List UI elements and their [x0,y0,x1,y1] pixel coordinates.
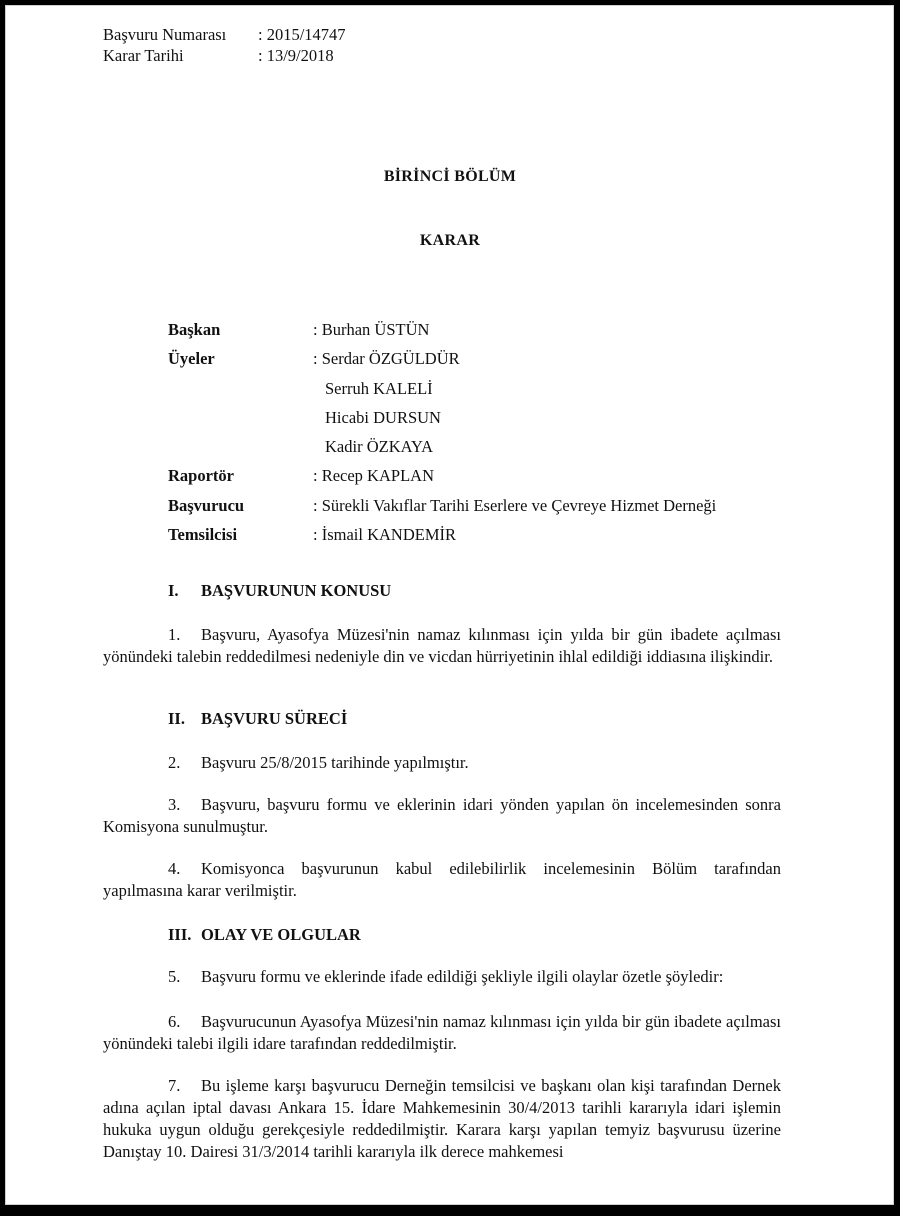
paragraph: 1.Başvuru, Ayasofya Müzesi'nin namaz kıl… [103,624,781,668]
paragraph-text: Başvuru formu ve eklerinde ifade edildiğ… [201,967,723,986]
applicant-name: : Sürekli Vakıflar Tarihi Eserlere ve Çe… [313,491,716,520]
paragraph-text: Başvuru, Ayasofya Müzesi'nin namaz kılın… [103,625,781,666]
rapporteur-label: Raportör [168,461,313,490]
paragraph-number: 1. [168,624,201,646]
paragraph-text: Bu işleme karşı başvurucu Derneğin temsi… [103,1076,781,1161]
rapporteur-name: : Recep KAPLAN [313,461,434,490]
paragraph: 7.Bu işleme karşı başvurucu Derneğin tem… [103,1075,781,1163]
decision-date-value: : 13/9/2018 [258,45,334,66]
paragraph: 3.Başvuru, başvuru formu ve eklerinin id… [103,794,781,838]
paragraph-number: 6. [168,1011,201,1033]
member-name: Serruh KALELİ [313,374,433,403]
chamber-title: BİRİNCİ BÖLÜM [0,168,900,186]
paragraph-number: 3. [168,794,201,816]
paragraph-text: Başvuru, başvuru formu ve eklerinin idar… [103,795,781,836]
rapporteur-row: Raportör : Recep KAPLAN [168,461,716,490]
paragraph-number: 4. [168,858,201,880]
document-page: Başvuru Numarası : 2015/14747 Karar Tari… [0,0,900,1216]
paragraph: 4.Komisyonca başvurunun kabul edilebilir… [103,858,781,902]
paragraph: 5.Başvuru formu ve eklerinde ifade edild… [103,966,781,988]
application-number-row: Başvuru Numarası : 2015/14747 [103,24,346,45]
paragraph-text: Başvuru 25/8/2015 tarihinde yapılmıştır. [201,753,469,772]
applicant-label: Başvurucu [168,491,313,520]
member-name: Hicabi DURSUN [313,403,441,432]
members-row: Hicabi DURSUN [168,403,716,432]
section-title: BAŞVURUNUN KONUSU [201,581,391,600]
applicant-row: Başvurucu : Sürekli Vakıflar Tarihi Eser… [168,491,716,520]
judicial-panel: Başkan : Burhan ÜSTÜN Üyeler : Serdar ÖZ… [168,315,716,549]
application-number-label: Başvuru Numarası [103,24,258,45]
paragraph-number: 5. [168,966,201,988]
paragraph-number: 7. [168,1075,201,1097]
paragraph: 6.Başvurucunun Ayasofya Müzesi'nin namaz… [103,1011,781,1055]
decision-date-row: Karar Tarihi : 13/9/2018 [103,45,346,66]
members-label: Üyeler [168,344,313,373]
members-row: Serruh KALELİ [168,374,716,403]
section-heading: I.BAŞVURUNUN KONUSU [168,581,391,601]
case-metadata: Başvuru Numarası : 2015/14747 Karar Tari… [103,24,346,66]
section-title: BAŞVURU SÜRECİ [201,709,347,728]
member-name: : Serdar ÖZGÜLDÜR [313,344,460,373]
section-heading: II.BAŞVURU SÜRECİ [168,709,347,729]
document-title: KARAR [0,232,900,250]
paragraph-text: Komisyonca başvurunun kabul edilebilirli… [103,859,781,900]
section-title: OLAY VE OLGULAR [201,925,361,944]
members-row: Kadir ÖZKAYA [168,432,716,461]
representative-row: Temsilcisi : İsmail KANDEMİR [168,520,716,549]
paragraph-number: 2. [168,752,201,774]
section-number: II. [168,709,201,729]
member-name: Kadir ÖZKAYA [313,432,433,461]
president-name: : Burhan ÜSTÜN [313,315,429,344]
section-heading: III.OLAY VE OLGULAR [168,925,361,945]
section-number: III. [168,925,201,945]
president-label: Başkan [168,315,313,344]
paragraph: 2.Başvuru 25/8/2015 tarihinde yapılmıştı… [103,752,781,774]
representative-label: Temsilcisi [168,520,313,549]
decision-date-label: Karar Tarihi [103,45,258,66]
application-number-value: : 2015/14747 [258,24,346,45]
section-number: I. [168,581,201,601]
members-row: Üyeler : Serdar ÖZGÜLDÜR [168,344,716,373]
representative-name: : İsmail KANDEMİR [313,520,456,549]
president-row: Başkan : Burhan ÜSTÜN [168,315,716,344]
paragraph-text: Başvurucunun Ayasofya Müzesi'nin namaz k… [103,1012,781,1053]
